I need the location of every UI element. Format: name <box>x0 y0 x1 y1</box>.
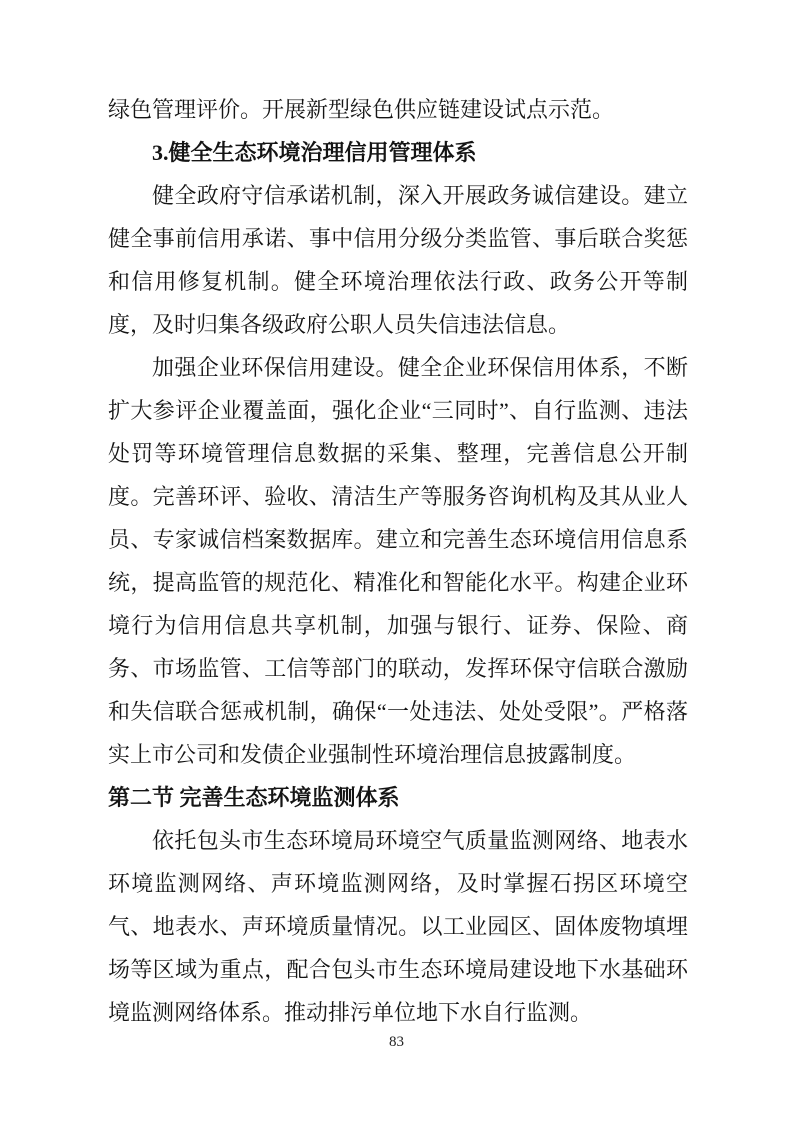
paragraph-continuation: 绿色管理评价。开展新型绿色供应链建设试点示范。 <box>108 88 688 131</box>
paragraph-credit-government: 健全政府守信承诺机制，深入开展政务诚信建设。建立健全事前信用承诺、事中信用分级分… <box>108 174 688 346</box>
section-heading: 第二节 完善生态环境监测体系 <box>108 776 688 819</box>
document-body: 绿色管理评价。开展新型绿色供应链建设试点示范。 3.健全生态环境治理信用管理体系… <box>108 88 688 1034</box>
document-page: 绿色管理评价。开展新型绿色供应链建设试点示范。 3.健全生态环境治理信用管理体系… <box>0 0 793 1122</box>
paragraph-enterprise-credit: 加强企业环保信用建设。健全企业环保信用体系，不断扩大参评企业覆盖面，强化企业“三… <box>108 346 688 776</box>
paragraph-monitoring-network: 依托包头市生态环境局环境空气质量监测网络、地表水环境监测网络、声环境监测网络，及… <box>108 819 688 1034</box>
subsection-heading: 3.健全生态环境治理信用管理体系 <box>108 131 688 174</box>
page-number: 83 <box>0 1032 793 1052</box>
